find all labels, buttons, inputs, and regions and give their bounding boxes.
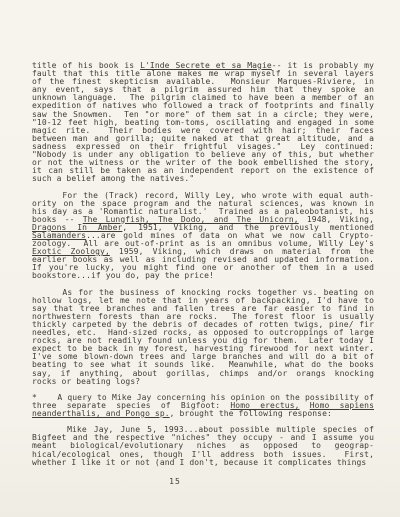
page-number: 15 <box>32 478 374 486</box>
paragraph: * A query to Mike Jay concerning his opi… <box>32 394 374 418</box>
paragraph: Mike Jay, June 5, 1993...about possible … <box>32 426 374 466</box>
text-line: rocks or beating logs? <box>32 378 374 386</box>
paragraph: As for the business of knocking rocks to… <box>32 289 374 386</box>
paragraph: For the (Track) record, Willy Ley, who w… <box>32 192 374 281</box>
typewritten-text: title of his book is L'Inde Secrete et s… <box>32 62 374 467</box>
text-line: neanderthalis, and Pongo sp., brought th… <box>32 410 374 418</box>
text-line: whether I like it or not (and I don't, b… <box>32 459 374 467</box>
text-line: bookstore...if you do, pay the price! <box>32 272 374 280</box>
paragraph: title of his book is L'Inde Secrete et s… <box>32 62 374 183</box>
scanned-page: title of his book is L'Inde Secrete et s… <box>0 0 400 517</box>
text-line: such a belief among the natives." <box>32 175 374 183</box>
